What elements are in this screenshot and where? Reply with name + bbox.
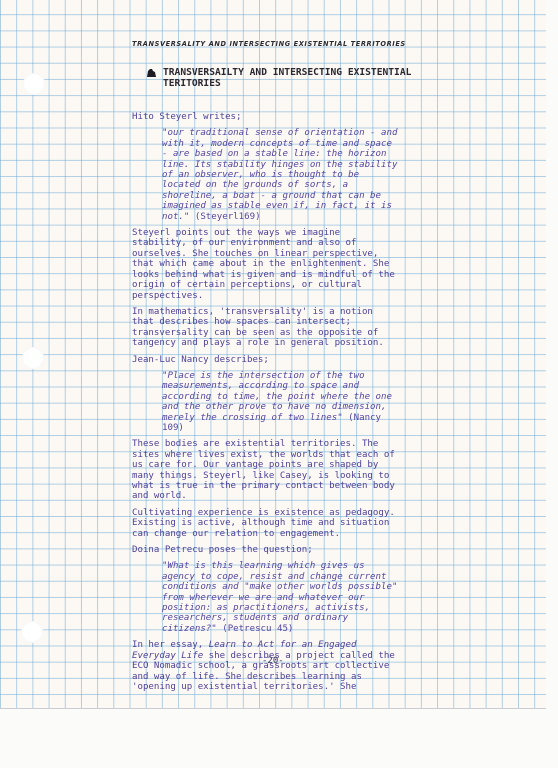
paragraph: In her essay, Learn to Act for an Engage…	[132, 640, 422, 692]
paragraph: In mathematics, 'transversality' is a no…	[132, 307, 422, 349]
punch-hole	[22, 347, 44, 369]
punch-hole	[23, 73, 45, 95]
quote-text: "our traditional sense of orientation - …	[162, 128, 397, 221]
punch-hole	[21, 621, 43, 643]
text-run: In her essay,	[132, 640, 209, 650]
paragraph: Steyerl points out the ways we imagine s…	[132, 228, 422, 301]
body-text: Hito Steyerl writes; "our traditional se…	[132, 112, 422, 698]
section-heading: TRANSVERSAILTY AND INTERSECTING EXISTENT…	[146, 67, 446, 89]
section-marker-icon	[146, 68, 156, 77]
paragraph: Cultivating experience is existence as p…	[132, 508, 422, 539]
quote-citation: (Petrescu 45)	[217, 624, 294, 634]
paragraph: Jean-Luc Nancy describes;	[132, 355, 422, 365]
paragraph: These bodies are existential territories…	[132, 439, 422, 501]
page-number: -20-	[262, 656, 284, 666]
block-quote: "Place is the intersection of the two me…	[162, 371, 422, 433]
paragraph: Hito Steyerl writes;	[132, 112, 422, 122]
quote-citation: (Steyerl169)	[189, 212, 260, 222]
graph-paper-page: Transversality and Intersecting Existent…	[0, 0, 546, 709]
paragraph: Doina Petrecu poses the question;	[132, 545, 422, 555]
block-quote: "What is this learning which gives us ag…	[162, 561, 422, 634]
block-quote: "our traditional sense of orientation - …	[162, 128, 422, 222]
section-title: TRANSVERSAILTY AND INTERSECTING EXISTENT…	[146, 67, 446, 89]
running-header: Transversality and Intersecting Existent…	[132, 40, 406, 48]
